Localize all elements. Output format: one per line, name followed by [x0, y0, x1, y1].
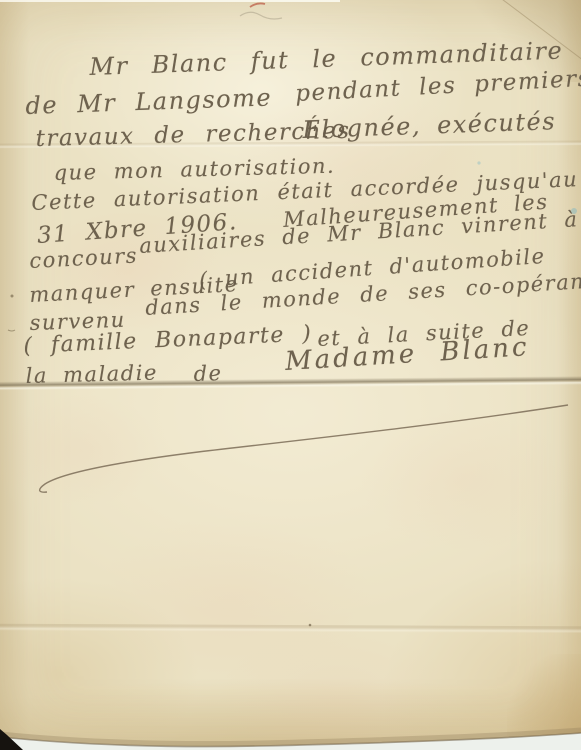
manuscript-line-fragment: concours — [29, 243, 139, 273]
manuscript-line-fragment: Élognée, exécutés — [302, 107, 556, 144]
manuscript-line-fragment: de Mr Langsome — [25, 83, 272, 120]
handwritten-text-block: Mr Blanc fut le commanditaire de Mr Lang… — [0, 0, 581, 750]
scanned-letter-page: Mr Blanc fut le commanditaire de Mr Lang… — [0, 0, 581, 750]
manuscript-line-fragment: la maladie — [25, 361, 158, 388]
manuscript-line-fragment: de — [193, 361, 223, 386]
